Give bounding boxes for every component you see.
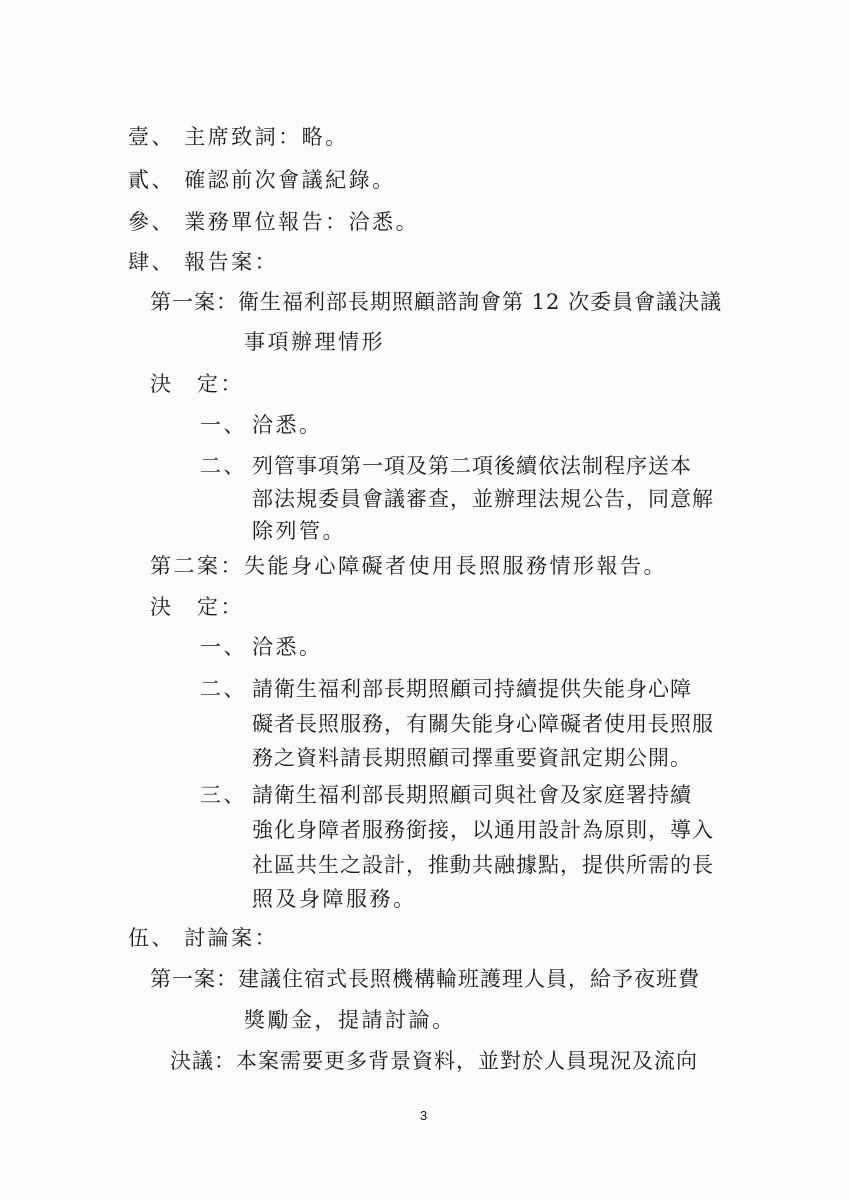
decision-item-text: 除列管。: [252, 516, 346, 546]
section-3: 參、 業務單位報告：洽悉。: [128, 207, 419, 237]
section-numeral: 伍、: [128, 926, 175, 950]
page-number: 3: [420, 1108, 427, 1123]
report-case-1-title: 第一案：衛生福利部長期照顧諮詢會第 12 次委員會議決議: [150, 287, 722, 317]
decision-item-text: 社區共生之設計，推動共融據點，提供所需的長: [252, 850, 714, 880]
resolution: 決議：本案需要更多背景資料，並對於人員現況及流向: [170, 1046, 698, 1076]
decision-item-num: 二、: [200, 674, 247, 704]
section-text: 業務單位報告：洽悉。: [184, 210, 419, 234]
section-1: 壹、 主席致詞：略。: [128, 122, 349, 152]
section-text: 討論案：: [184, 926, 278, 950]
document-page: 壹、 主席致詞：略。 貳、 確認前次會議紀錄。 參、 業務單位報告：洽悉。 肆、…: [0, 0, 849, 1200]
discussion-case-1: 第一案：建議住宿式長照機構輪班護理人員，給予夜班費: [150, 964, 700, 994]
case-label: 第一案：: [150, 290, 238, 314]
decision-item-text: 礙者長照服務，有關失能身心障礙者使用長照服: [252, 709, 714, 739]
section-text: 報告案：: [184, 250, 278, 274]
report-case-2-title: 第二案：失能身心障礙者使用長照服務情形報告。: [150, 551, 667, 581]
decision-item-text: 照及身障服務。: [252, 884, 417, 914]
case-title: 失能身心障礙者使用長照服務情形報告。: [244, 554, 667, 578]
decision-item-text: 洽悉。: [252, 410, 323, 440]
section-numeral: 壹、: [128, 125, 175, 149]
decision-item-text: 部法規委員會議審查，並辦理法規公告，同意解: [252, 484, 714, 514]
decision-item-text: 請衛生福利部長期照顧司與社會及家庭署持續: [252, 780, 692, 810]
case-title: 建議住宿式長照機構輪班護理人員，給予夜班費: [238, 967, 700, 991]
case-label: 第一案：: [150, 967, 238, 991]
section-2: 貳、 確認前次會議紀錄。: [128, 165, 396, 195]
resolution-label: 決議：: [170, 1049, 236, 1073]
decision-item-num: 二、: [200, 451, 247, 481]
decision-label: 決 定：: [150, 369, 244, 399]
decision-item-text: 洽悉。: [252, 632, 323, 662]
section-numeral: 貳、: [128, 168, 175, 192]
case-label: 第二案：: [150, 554, 244, 578]
decision-item-text: 強化身障者服務銜接，以通用設計為原則，導入: [252, 815, 714, 845]
decision-label: 決 定：: [150, 592, 244, 622]
report-case-1-title-cont: 事項辦理情形: [244, 327, 385, 357]
section-text: 確認前次會議紀錄。: [184, 168, 396, 192]
discussion-case-1-cont: 獎勵金，提請討論。: [244, 1005, 456, 1035]
section-numeral: 肆、: [128, 250, 175, 274]
decision-item-text: 務之資料請長期照顧司擇重要資訊定期公開。: [252, 743, 692, 773]
decision-item-num: 一、: [200, 410, 247, 440]
section-text: 主席致詞：略。: [184, 125, 349, 149]
decision-item-num: 三、: [200, 780, 247, 810]
decision-item-text: 列管事項第一項及第二項後續依法制程序送本: [252, 451, 692, 481]
decision-item-num: 一、: [200, 632, 247, 662]
section-numeral: 參、: [128, 210, 175, 234]
section-5: 伍、 討論案：: [128, 923, 278, 953]
section-4: 肆、 報告案：: [128, 247, 278, 277]
resolution-text: 本案需要更多背景資料，並對於人員現況及流向: [236, 1049, 698, 1073]
decision-item-text: 請衛生福利部長期照顧司持續提供失能身心障: [252, 674, 692, 704]
case-title: 衛生福利部長期照顧諮詢會第 12 次委員會議決議: [238, 290, 722, 314]
